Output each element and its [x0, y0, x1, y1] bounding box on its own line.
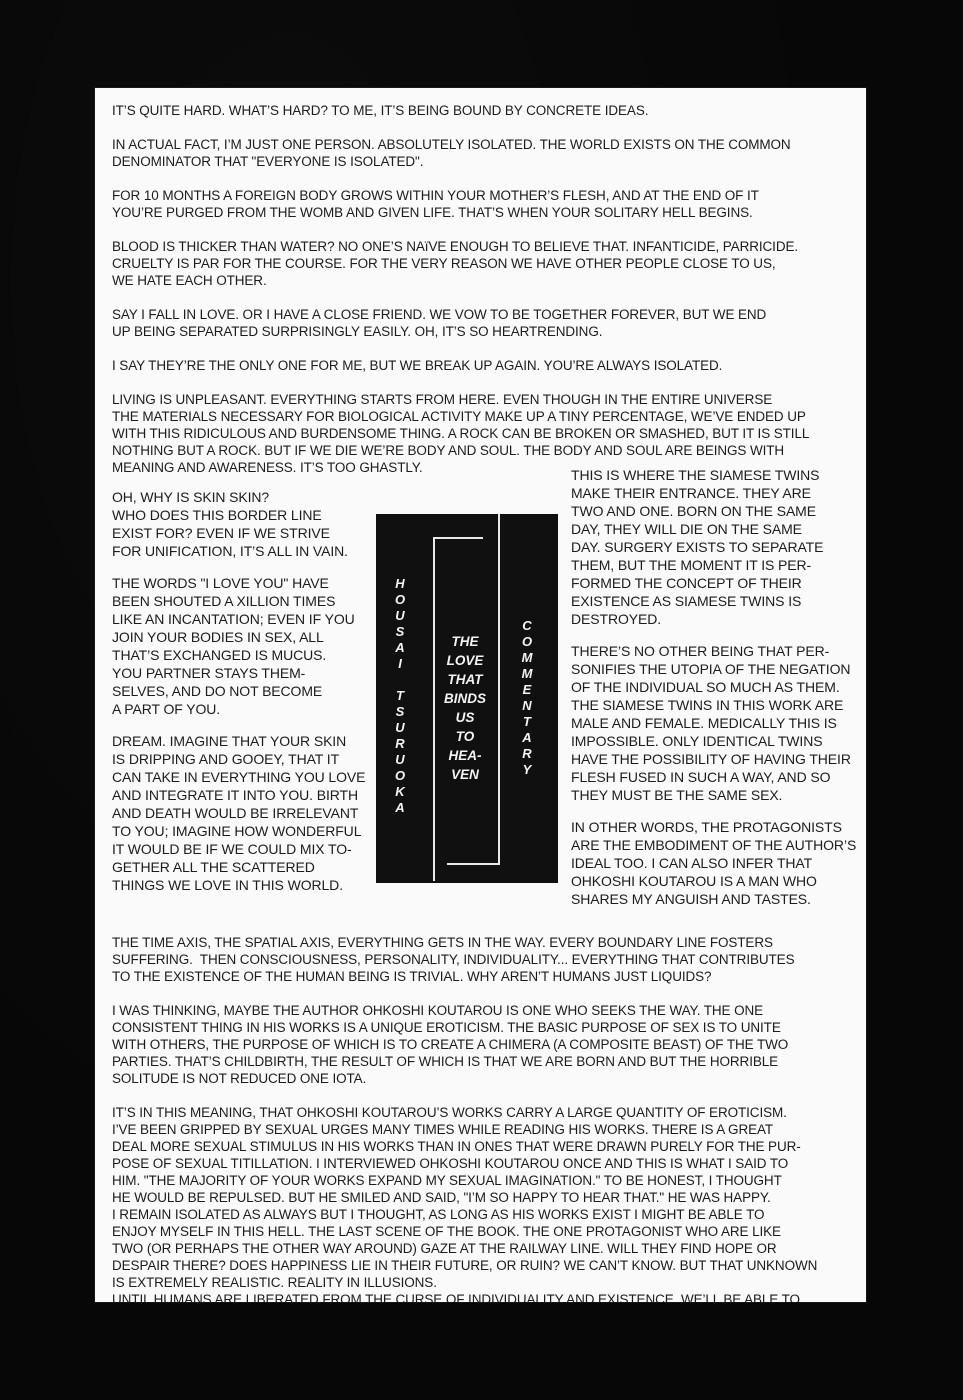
intro-paragraph-1: IT’S QUITE HARD. WHAT’S HARD? TO ME, IT’… — [112, 102, 854, 119]
right-column: THIS IS WHERE THE SIAMESE TWINS MAKE THE… — [571, 466, 852, 922]
middle-section: OH, WHY IS SKIN SKIN? WHO DOES THIS BORD… — [112, 493, 854, 922]
intro-paragraph-4: BLOOD IS THICKER THAN WATER? NO ONE’S NA… — [112, 238, 854, 289]
intro-paragraph-6: I SAY THEY’RE THE ONLY ONE FOR ME, BUT W… — [112, 357, 854, 374]
intro-section: IT’S QUITE HARD. WHAT’S HARD? TO ME, IT’… — [112, 102, 854, 476]
closing-paragraph-1: THE TIME AXIS, THE SPATIAL AXIS, EVERYTH… — [112, 934, 854, 985]
closing-paragraph-2: I WAS THINKING, MAYBE THE AUTHOR OHKOSHI… — [112, 1002, 854, 1087]
author-name-vertical: H O U S A I T S U R U O K A — [390, 576, 410, 816]
left-paragraph-1: OH, WHY IS SKIN SKIN? WHO DOES THIS BORD… — [112, 488, 360, 560]
intro-paragraph-7: LIVING IS UNPLEASANT. EVERYTHING STARTS … — [112, 391, 854, 476]
intro-paragraph-3: FOR 10 MONTHS A FOREIGN BODY GROWS WITHI… — [112, 187, 854, 221]
book-title: THE LOVE THAT BINDS US TO HEA- VEN — [431, 632, 499, 784]
left-paragraph-2: THE WORDS "I LOVE YOU" HAVE BEEN SHOUTED… — [112, 574, 360, 718]
title-box: H O U S A I T S U R U O K A THE LOVE THA… — [376, 514, 558, 883]
right-paragraph-1: THIS IS WHERE THE SIAMESE TWINS MAKE THE… — [571, 466, 852, 628]
commentary-page: IT’S QUITE HARD. WHAT’S HARD? TO ME, IT’… — [95, 88, 866, 1302]
right-paragraph-2: THERE’S NO OTHER BEING THAT PER- SONIFIE… — [571, 642, 852, 804]
intro-paragraph-5: SAY I FALL IN LOVE. OR I HAVE A CLOSE FR… — [112, 306, 854, 340]
scan-background: IT’S QUITE HARD. WHAT’S HARD? TO ME, IT’… — [0, 0, 963, 1400]
closing-section: THE TIME AXIS, THE SPATIAL AXIS, EVERYTH… — [112, 934, 854, 1302]
closing-paragraph-3: IT’S IN THIS MEANING, THAT OHKOSHI KOUTA… — [112, 1104, 854, 1302]
intro-paragraph-2: IN ACTUAL FACT, I’M JUST ONE PERSON. ABS… — [112, 136, 854, 170]
commentary-label-vertical: C O M M E N T A R Y — [517, 618, 537, 778]
right-paragraph-3: IN OTHER WORDS, THE PROTAGONISTS ARE THE… — [571, 818, 852, 908]
left-paragraph-3: DREAM. IMAGINE THAT YOUR SKIN IS DRIPPIN… — [112, 732, 360, 894]
left-column: OH, WHY IS SKIN SKIN? WHO DOES THIS BORD… — [112, 488, 360, 908]
